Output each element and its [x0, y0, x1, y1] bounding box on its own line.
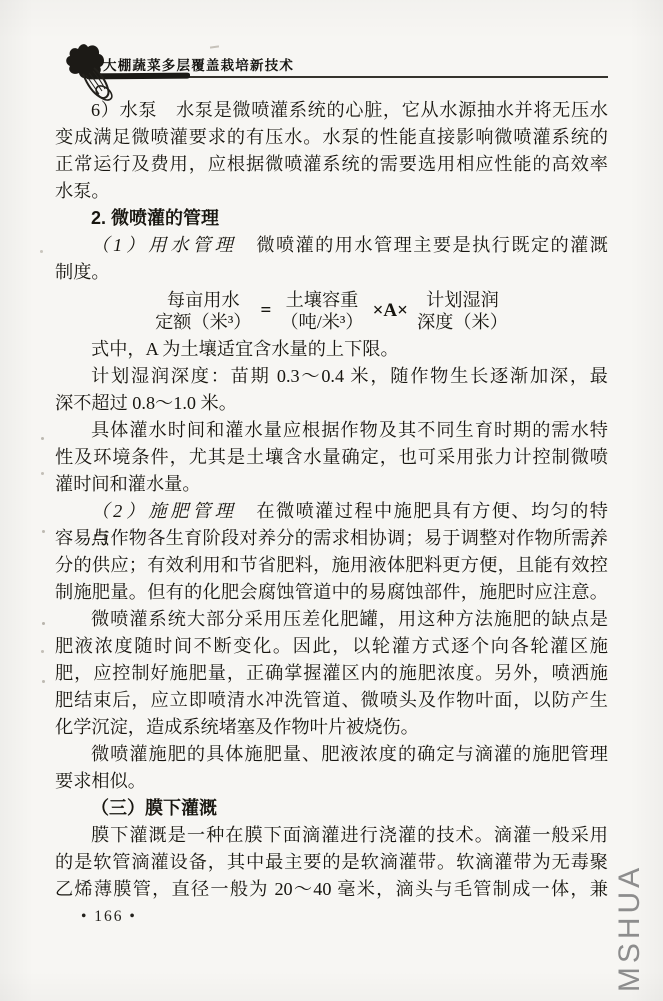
book-title: 大棚蔬菜多层覆盖栽培新技术 — [103, 54, 294, 74]
heading-line: 2. 微喷灌的管理 — [55, 205, 608, 232]
text-line: 灌时间和灌水量。 — [55, 471, 608, 498]
text-line: 容易与作物各生育阶段对养分的需求相协调；易于调整对作物所需养 — [55, 525, 608, 552]
text-line: 肥液浓度随时间不断变化。因此，以轮灌方式逐个向各轮灌区施 — [55, 633, 608, 660]
text-line: 变成满足微喷灌要求的有压水。水泵的性能直接影响微喷灌系统的 — [55, 124, 608, 151]
text-line: 的是软管滴灌设备，其中最主要的是软滴灌带。软滴灌带为无毒聚 — [55, 849, 608, 876]
text-line: 微喷灌施肥的具体施肥量、肥液浓度的确定与滴灌的施肥管理 — [55, 741, 608, 768]
formula-density-bottom: （吨/米³） — [280, 311, 363, 333]
formula-depth-top: 计划湿润 — [417, 289, 508, 311]
text-line: 深不超过 0.8～1.0 米。 — [55, 390, 608, 417]
text-line: 式中，A 为土壤适宜含水量的上下限。 — [55, 336, 608, 363]
text-line: 具体灌水时间和灌水量应根据作物及其不同生育时期的需水特 — [55, 417, 608, 444]
text-line: 计划湿润深度：苗期 0.3～0.4 米，随作物生长逐渐加深，最 — [55, 363, 608, 390]
text-line: 制施肥量。但有的化肥会腐蚀管道中的易腐蚀部件，施肥时应注意。 — [55, 579, 608, 606]
text-line: 微喷灌系统大部分采用压差化肥罐，用这种方法施肥的缺点是 — [55, 606, 608, 633]
formula-density: 土壤容重 （吨/米³） — [280, 289, 363, 333]
text-line: 6）水泵 水泵是微喷灌系统的心脏，它从水源抽水并将无压水 — [55, 97, 608, 124]
text-line: 水泵。 — [55, 178, 608, 205]
kaiti-subheading: （2）施肥管理 — [91, 501, 237, 521]
formula-depth: 计划湿润 深度（米） — [417, 289, 508, 333]
text-line: 化学沉淀，造成系统堵塞及作物叶片被烧伤。 — [55, 714, 608, 741]
text-line: 肥结束后，应立即喷清水冲洗管道、微喷头及作物叶面，以防产生 — [55, 687, 608, 714]
text-line: 性及环境条件，尤其是土壤含水量确定，也可采用张力计控制微喷 — [55, 444, 608, 471]
text-line: 正常运行及费用，应根据微喷灌系统的需要选用相应性能的高效率 — [55, 151, 608, 178]
text-line: （1）用水管理 微喷灌的用水管理主要是执行既定的灌溉 — [55, 232, 608, 259]
text-line: 膜下灌溉是一种在膜下面滴灌进行浇灌的技术。滴灌一般采用 — [55, 822, 608, 849]
irrigation-quota-formula: 每亩用水 定额（米³） = 土壤容重 （吨/米³） ×A× 计划湿润 深度（米） — [55, 286, 608, 336]
text-line: 肥，应控制好施肥量，正确掌握灌区内的施肥浓度。另外，喷洒施 — [55, 660, 608, 687]
scan-specks — [41, 437, 44, 440]
scan-speck-dash — [210, 45, 219, 48]
page-number: • 166 • — [55, 904, 608, 930]
formula-density-top: 土壤容重 — [280, 289, 363, 311]
equals-sign: = — [259, 300, 272, 322]
text-column: 6）水泵 水泵是微喷灌系统的心脏，它从水源抽水并将无压水变成满足微喷灌要求的有压… — [55, 97, 608, 903]
text-line: （2）施肥管理 在微喷灌过程中施肥具有方便、均匀的特点， — [55, 498, 608, 525]
kaiti-subheading: （1）用水管理 — [91, 235, 237, 255]
heading-line: （三）膜下灌溉 — [55, 795, 608, 822]
watermark: MSHUA — [614, 848, 646, 1001]
page-body: 6）水泵 水泵是微喷灌系统的心脏，它从水源抽水并将无压水变成满足微喷灌要求的有压… — [55, 97, 608, 930]
text-line: 分的供应；有效利用和节省肥料，施用液体肥料更方便，且能有效控 — [55, 552, 608, 579]
text-line: 制度。 — [55, 259, 608, 286]
text-line: 乙烯薄膜管，直径一般为 20～40 毫米，滴头与毛管制成一体，兼 — [55, 876, 608, 903]
formula-lhs: 每亩用水 定额（米³） — [155, 289, 251, 333]
times-a-times: ×A× — [372, 300, 409, 322]
formula-lhs-bottom: 定额（米³） — [155, 311, 251, 333]
formula-depth-bottom: 深度（米） — [417, 311, 508, 333]
text-line: 要求相似。 — [55, 768, 608, 795]
formula-lhs-top: 每亩用水 — [155, 289, 251, 311]
